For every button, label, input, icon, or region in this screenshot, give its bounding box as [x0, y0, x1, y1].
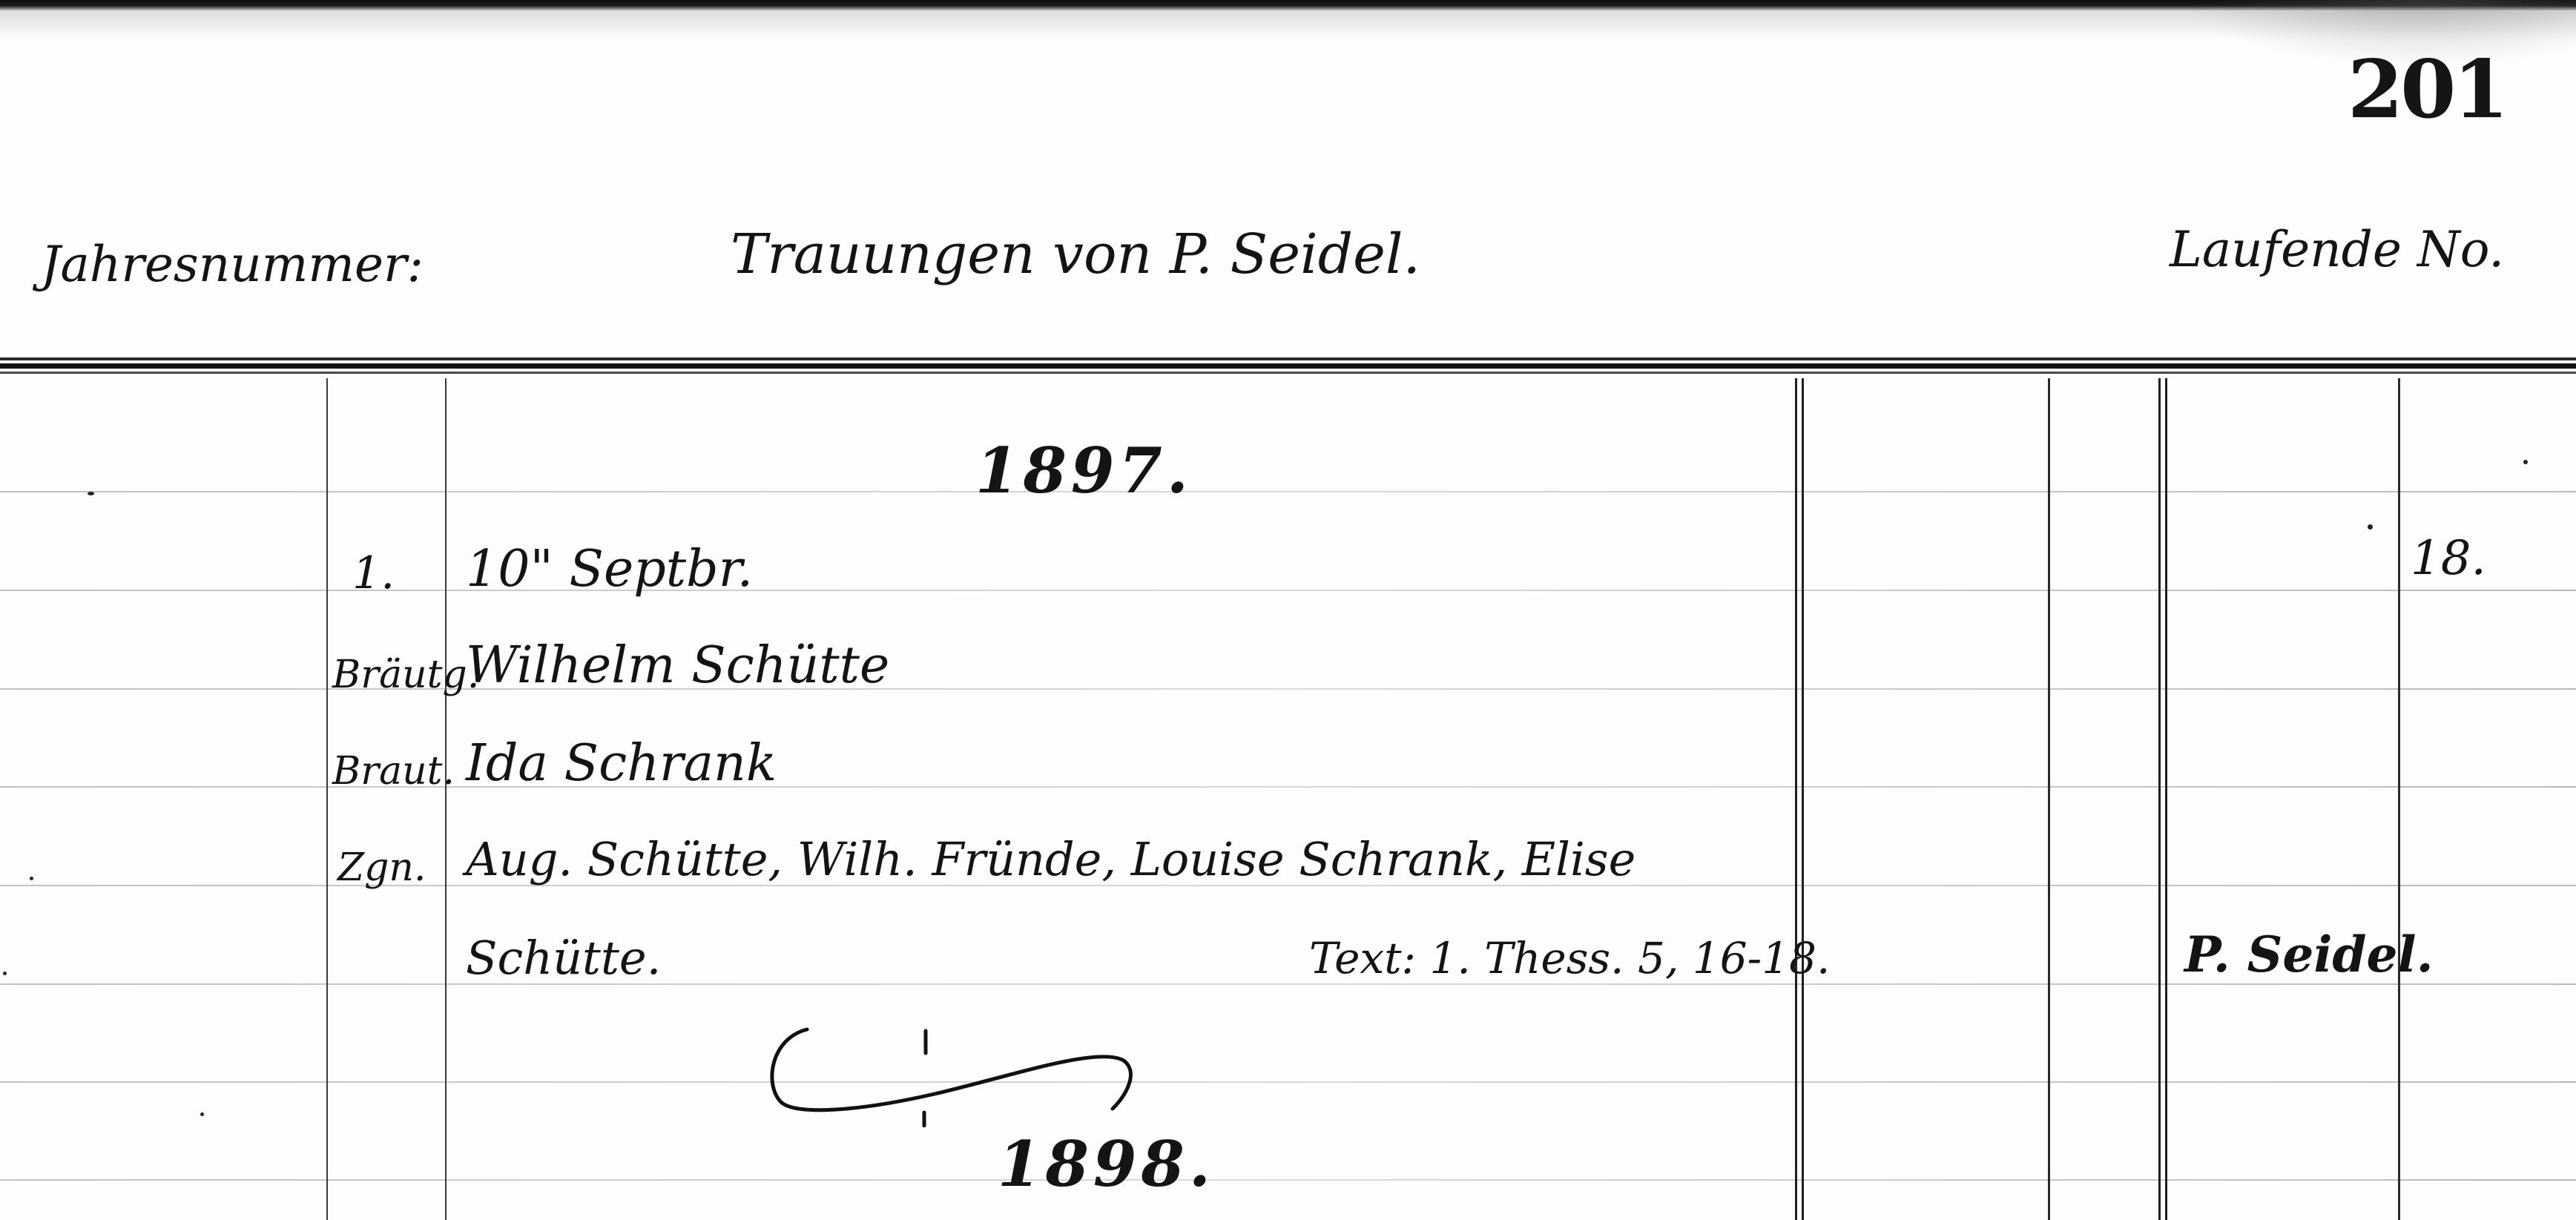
- witnesses-line-2: Schütte.: [466, 931, 661, 985]
- running-number: 18.: [2411, 531, 2486, 586]
- bride-name: Ida Schrank: [466, 734, 777, 793]
- ruling-line: [0, 491, 2576, 492]
- sermon-text-reference: Text: 1. Thess. 5, 16-18.: [1309, 933, 1830, 983]
- year-heading-1898: 1898.: [998, 1127, 1215, 1201]
- witnesses-line-1: Aug. Schütte, Wilh. Fründe, Louise Schra…: [466, 832, 1635, 886]
- year-heading-1897: 1897.: [975, 434, 1193, 507]
- header-title: Trauungen von P. Seidel.: [731, 222, 1420, 286]
- column-divider-double: [2158, 378, 2167, 1220]
- closing-flourish-icon: [749, 1016, 1150, 1127]
- header-running-number-label: Laufende No.: [2170, 221, 2504, 278]
- ruling-line: [0, 1179, 2576, 1181]
- entry-number: 1.: [352, 547, 395, 599]
- officiant-signature: P. Seidel.: [2184, 926, 2434, 983]
- entry-date: 10" Septbr.: [466, 540, 753, 599]
- ink-speck: [200, 1112, 204, 1116]
- groom-name: Wilhelm Schütte: [466, 636, 889, 695]
- witnesses-label: Zgn.: [337, 845, 426, 890]
- column-divider: [2398, 378, 2400, 1220]
- ink-speck: [2368, 524, 2373, 530]
- column-divider: [445, 378, 447, 1220]
- page-number: 201: [2348, 43, 2506, 136]
- column-divider-double: [1795, 378, 1804, 1220]
- register-page: 201 Jahresnummer: Trauungen von P. Seide…: [0, 0, 2576, 1220]
- ink-speck: [30, 877, 33, 880]
- ink-speck: [2523, 460, 2528, 464]
- ruling-line: [0, 1081, 2576, 1083]
- column-divider: [326, 378, 328, 1220]
- header-year-number-label: Jahresnummer:: [41, 236, 424, 293]
- ruling-line: [0, 983, 2576, 985]
- column-divider: [2048, 378, 2050, 1220]
- ink-speck: [3, 972, 7, 975]
- header-double-rule: [0, 355, 2576, 377]
- ink-speck: [88, 492, 94, 495]
- bride-label: Braut.: [332, 749, 455, 794]
- groom-label: Bräutg.: [332, 653, 479, 697]
